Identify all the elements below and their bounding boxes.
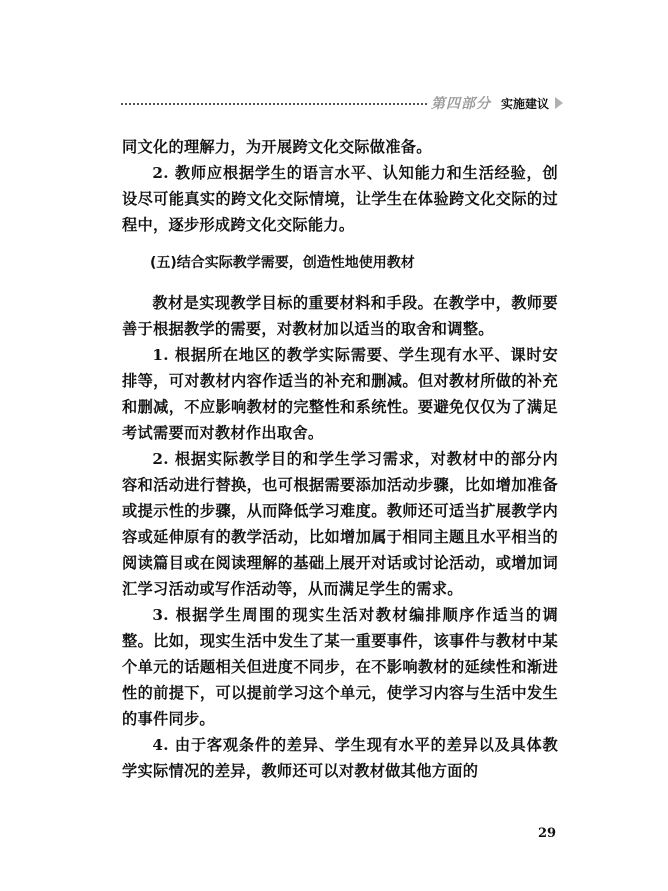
paragraph-item-2: 2. 根据实际教学目的和学生学习需求，对教材中的部分内容和活动进行替换，也可根据… [122,446,558,602]
section-heading: (五)结合实际教学需要，创造性地使用教材 [122,250,558,276]
header-dotted-rule [121,103,427,105]
paragraph-item-2-intercultural: 2. 教师应根据学生的语言水平、认知能力和生活经验，创设尽可能真实的跨文化交际情… [122,160,558,238]
header-part-label: 第四部分 [431,93,491,113]
paragraph-intro: 教材是实现教学目标的重要材料和手段。在教学中，教师要善于根据教学的需要，对教材加… [122,290,558,342]
running-header: 第四部分 实施建议 [121,94,563,112]
paragraph-item-1: 1. 根据所在地区的教学实际需要、学生现有水平、课时安排等，可对教材内容作适当的… [122,342,558,446]
paragraph-item-3: 3. 根据学生周围的现实生活对教材编排顺序作适当的调整。比如，现实生活中发生了某… [122,602,558,732]
page-body: 同文化的理解力，为开展跨文化交际做准备。 2. 教师应根据学生的语言水平、认知能… [122,134,558,784]
paragraph-continuation: 同文化的理解力，为开展跨文化交际做准备。 [122,134,558,160]
page-number: 29 [538,826,556,841]
header-section-label: 实施建议 [501,95,549,112]
paragraph-item-4: 4. 由于客观条件的差异、学生现有水平的差异以及具体教学实际情况的差异，教师还可… [122,732,558,784]
triangle-right-icon [555,97,563,109]
